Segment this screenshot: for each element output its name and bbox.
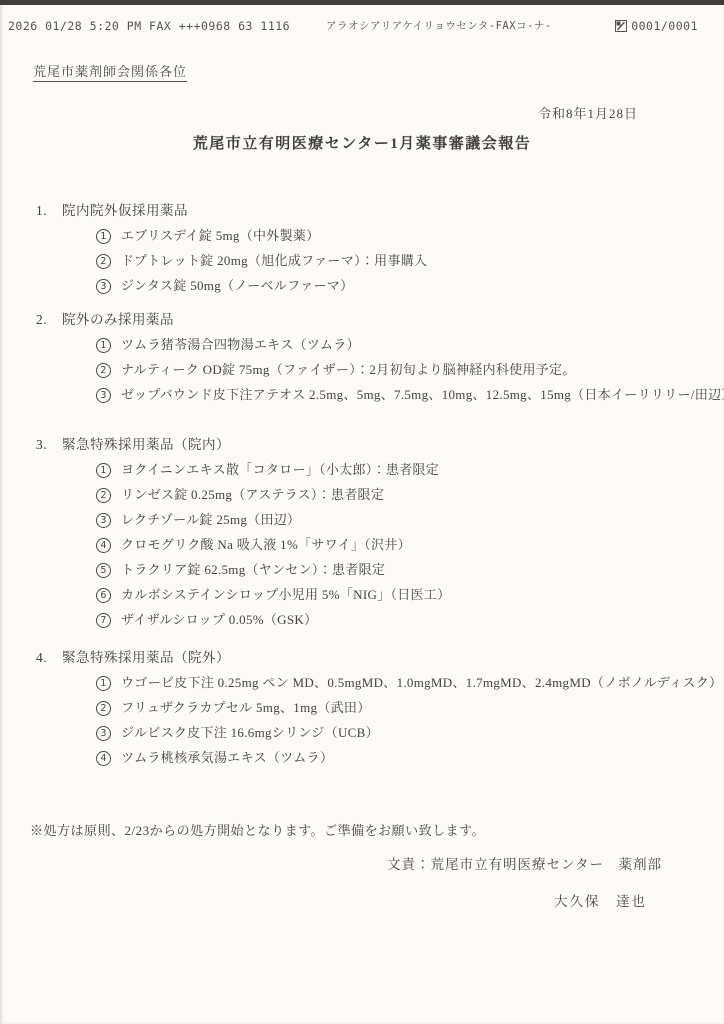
item-text: カルボシステインシロップ小児用 5%「NIG」（日医工）	[121, 587, 450, 602]
list-item: 3ゼップバウンド皮下注アテオス 2.5mg、5mg、7.5mg、10mg、12.…	[36, 382, 724, 407]
document-title: 荒尾市立有明医療センター1月薬事審議会報告	[0, 132, 724, 153]
list-item: 2リンゼス錠 0.25mg（アステラス）：患者限定	[36, 482, 724, 507]
list-item: 4クロモグリク酸 Na 吸入液 1%「サワイ」（沢井）	[36, 532, 724, 557]
item-text: ドプトレット錠 20mg（旭化成ファーマ）：用事購入	[121, 253, 427, 268]
circled-number: 3	[96, 726, 111, 741]
page-icon	[615, 20, 627, 32]
item-text: ウゴービ皮下注 0.25mg ペン MD、0.5mgMD、1.0mgMD、1.7…	[121, 675, 722, 690]
item-text: エブリスデイ錠 5mg（中外製薬）	[121, 228, 320, 243]
circled-number: 2	[96, 488, 111, 503]
section-heading: 3.緊急特殊採用薬品（院内）	[36, 433, 724, 457]
circled-number: 2	[96, 254, 111, 269]
item-text: フリュザクラカプセル 5mg、1mg（武田）	[121, 700, 371, 715]
section-heading: 4.緊急特殊採用薬品（院外）	[36, 646, 724, 670]
item-text: リンゼス錠 0.25mg（アステラス）：患者限定	[121, 487, 384, 502]
item-text: クロモグリク酸 Na 吸入液 1%「サワイ」（沢井）	[121, 537, 411, 552]
circled-number: 1	[96, 229, 111, 244]
circled-number: 1	[96, 463, 111, 478]
list-item: 1エブリスデイ錠 5mg（中外製薬）	[36, 223, 724, 248]
circled-number: 5	[96, 563, 111, 578]
item-text: トラクリア錠 62.5mg（ヤンセン）：患者限定	[121, 562, 385, 577]
section-title: 院内院外仮採用薬品	[62, 203, 188, 218]
circled-number: 2	[96, 701, 111, 716]
circled-number: 7	[96, 613, 111, 628]
circled-number: 1	[96, 676, 111, 691]
circled-number: 3	[96, 388, 111, 403]
list-item: 5トラクリア錠 62.5mg（ヤンセン）：患者限定	[36, 557, 724, 582]
list-item: 7ザイザルシロップ 0.05%（GSK）	[36, 607, 724, 632]
item-text: ゼップバウンド皮下注アテオス 2.5mg、5mg、7.5mg、10mg、12.5…	[121, 387, 724, 402]
section-number: 2.	[36, 308, 62, 332]
circled-number: 1	[96, 338, 111, 353]
prescription-note: ※処方は原則、2/23からの処方開始となります。ご準備をお願い致します。	[0, 820, 724, 839]
item-text: ナルティーク OD錠 75mg（ファイザー）：2月初旬より脳神経内科使用予定。	[121, 362, 576, 377]
signer-name: 大久保 達也	[0, 890, 724, 910]
list-item: 1ヨクイニンエキス散「コタロー」（小太郎）：患者限定	[36, 457, 724, 482]
list-item: 4ツムラ桃核承気湯エキス（ツムラ）	[36, 745, 724, 770]
scan-edge-bar	[0, 0, 724, 5]
list-item: 1ツムラ猪苓湯合四物湯エキス（ツムラ）	[36, 332, 724, 357]
fax-timestamp: 2026 01/28 5:20 PM FAX +++0968 63 1116	[8, 19, 326, 33]
section-list: 1.院内院外仮採用薬品 1エブリスデイ錠 5mg（中外製薬） 2ドプトレット錠 …	[0, 199, 724, 770]
circled-number: 3	[96, 279, 111, 294]
list-item: 2ナルティーク OD錠 75mg（ファイザー）：2月初旬より脳神経内科使用予定。	[36, 357, 724, 382]
section-title: 緊急特殊採用薬品（院内）	[62, 437, 230, 452]
item-text: ツムラ桃核承気湯エキス（ツムラ）	[121, 750, 333, 765]
list-item: 3ジンタス錠 50mg（ノーベルファーマ）	[36, 273, 724, 298]
section-3: 3.緊急特殊採用薬品（院内） 1ヨクイニンエキス散「コタロー」（小太郎）：患者限…	[36, 433, 724, 632]
list-item: 3ジルビスク皮下注 16.6mgシリンジ（UCB）	[36, 720, 724, 745]
section-4: 4.緊急特殊採用薬品（院外） 1ウゴービ皮下注 0.25mg ペン MD、0.5…	[36, 646, 724, 770]
list-item: 2ドプトレット錠 20mg（旭化成ファーマ）：用事購入	[36, 248, 724, 273]
fax-document-page: 2026 01/28 5:20 PM FAX +++0968 63 1116 ア…	[0, 0, 724, 1024]
fax-station-id: アラオシアリアケイリョウセンタ-FAXコ-ナ-	[326, 18, 615, 33]
section-title: 緊急特殊採用薬品（院外）	[62, 650, 230, 665]
section-title: 院外のみ採用薬品	[62, 312, 174, 327]
item-text: ヨクイニンエキス散「コタロー」（小太郎）：患者限定	[121, 462, 439, 477]
circled-number: 4	[96, 538, 111, 553]
attribution-line: 文責：荒尾市立有明医療センター 薬剤部	[0, 853, 724, 873]
document-date: 令和8年1月28日	[0, 103, 724, 122]
section-number: 4.	[36, 646, 62, 670]
circled-number: 6	[96, 588, 111, 603]
item-text: ジルビスク皮下注 16.6mgシリンジ（UCB）	[121, 725, 379, 740]
circled-number: 3	[96, 513, 111, 528]
list-item: 6カルボシステインシロップ小児用 5%「NIG」（日医工）	[36, 582, 724, 607]
circled-number: 4	[96, 751, 111, 766]
item-text: ザイザルシロップ 0.05%（GSK）	[121, 612, 317, 627]
section-1: 1.院内院外仮採用薬品 1エブリスデイ錠 5mg（中外製薬） 2ドプトレット錠 …	[36, 199, 724, 298]
fax-page-counter: 0001/0001	[615, 19, 698, 33]
section-number: 3.	[36, 433, 62, 457]
item-text: ジンタス錠 50mg（ノーベルファーマ）	[121, 278, 353, 293]
section-heading: 1.院内院外仮採用薬品	[36, 199, 724, 223]
fax-header: 2026 01/28 5:20 PM FAX +++0968 63 1116 ア…	[0, 18, 724, 33]
circled-number: 2	[96, 363, 111, 378]
item-text: ツムラ猪苓湯合四物湯エキス（ツムラ）	[121, 337, 360, 352]
list-item: 3レクチゾール錠 25mg（田辺）	[36, 507, 724, 532]
section-2: 2.院外のみ採用薬品 1ツムラ猪苓湯合四物湯エキス（ツムラ） 2ナルティーク O…	[36, 308, 724, 407]
list-item: 1ウゴービ皮下注 0.25mg ペン MD、0.5mgMD、1.0mgMD、1.…	[36, 670, 724, 695]
section-heading: 2.院外のみ採用薬品	[36, 308, 724, 332]
addressee: 荒尾市薬剤師会関係各位	[33, 61, 187, 82]
page-counter-text: 0001/0001	[631, 19, 698, 33]
item-text: レクチゾール錠 25mg（田辺）	[121, 512, 300, 527]
section-number: 1.	[36, 199, 62, 223]
list-item: 2フリュザクラカプセル 5mg、1mg（武田）	[36, 695, 724, 720]
